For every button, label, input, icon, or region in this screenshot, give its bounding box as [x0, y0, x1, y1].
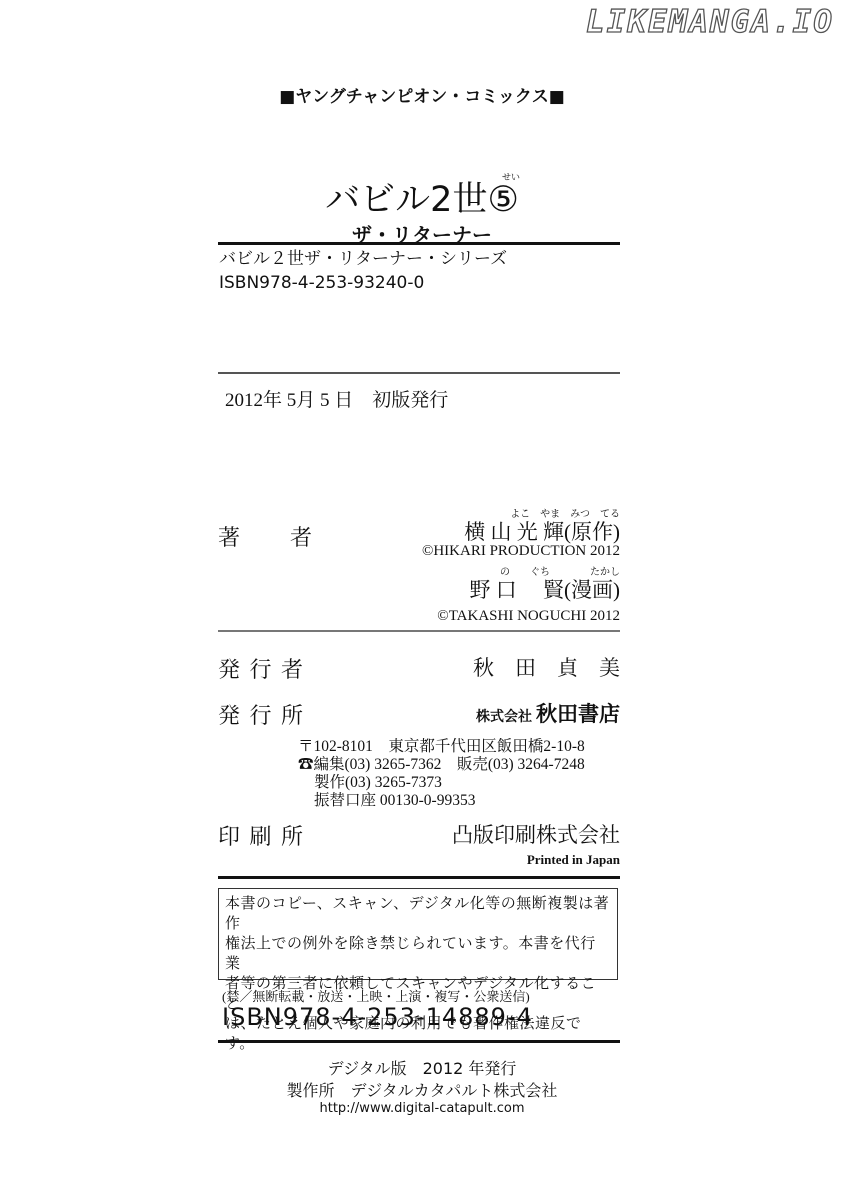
- address-block: 〒102-8101 東京都千代田区飯田橋2-10-8 ☎編集(03) 3265-…: [298, 738, 585, 810]
- printed-in: Printed in Japan: [527, 852, 620, 868]
- isbn: ISBN978-4-253-14889-4: [222, 1003, 533, 1031]
- publication-date: 2012年 5月 5 日 初版発行: [225, 385, 448, 412]
- printer-label: 印 刷 所: [218, 820, 305, 851]
- divider: [218, 242, 620, 245]
- series-name: バビル２世ザ・リターナー・シリーズ: [219, 247, 507, 271]
- divider: [218, 630, 620, 632]
- publisher-company: 株式会社 秋田書店: [476, 698, 620, 728]
- author-original-name: 横 山 光 輝(原作): [464, 516, 620, 546]
- divider: [218, 372, 620, 374]
- producer-url[interactable]: http://www.digital-catapult.com: [0, 1101, 844, 1116]
- series-isbn: ISBN978-4-253-93240-0: [219, 271, 507, 295]
- publisher-person-label: 発 行 者: [218, 653, 305, 684]
- publisher-company-label: 発 行 所: [218, 699, 305, 730]
- copyright-notice: 本書のコピー、スキャン、デジタル化等の無断複製は著作 権法上での例外を除き禁じら…: [218, 888, 618, 980]
- transfer-account: 振替口座 00130-0-99353: [298, 792, 585, 810]
- notice-line: 権法上での例外を除き禁じられています。本書を代行業: [225, 934, 611, 974]
- company-name: 秋田書店: [536, 702, 620, 726]
- book-title: バビル2世⑤: [0, 180, 844, 220]
- divider: [218, 1040, 620, 1043]
- series-block: バビル２世ザ・リターナー・シリーズ ISBN978-4-253-93240-0: [219, 247, 507, 295]
- phone-editorial-sales: ☎編集(03) 3265-7362 販売(03) 3264-7248: [298, 756, 585, 774]
- company-prefix: 株式会社: [476, 710, 532, 725]
- divider: [218, 876, 620, 879]
- printer-name: 凸版印刷株式会社: [452, 819, 620, 849]
- postal-address: 〒102-8101 東京都千代田区飯田橋2-10-8: [298, 738, 585, 756]
- imprint-label: ■ヤングチャンピオン・コミックス■: [0, 82, 844, 107]
- author-original-copyright: ©HIKARI PRODUCTION 2012: [422, 543, 620, 560]
- digital-producer: 製作所 デジタルカタパルト株式会社: [0, 1078, 844, 1101]
- watermark: LIKEMANGA.IO: [586, 4, 834, 40]
- author-artist-copyright: ©TAKASHI NOGUCHI 2012: [437, 608, 620, 625]
- author-artist-name: 野 口 賢(漫画): [470, 574, 621, 604]
- digital-edition: デジタル版 2012 年発行: [0, 1056, 844, 1079]
- phone-production: 製作(03) 3265-7373: [298, 774, 585, 792]
- author-label: 著 者: [218, 521, 314, 552]
- notice-line: 本書のコピー、スキャン、デジタル化等の無断複製は著作: [225, 894, 611, 934]
- publisher-person-name: 秋 田 貞 美: [473, 652, 620, 682]
